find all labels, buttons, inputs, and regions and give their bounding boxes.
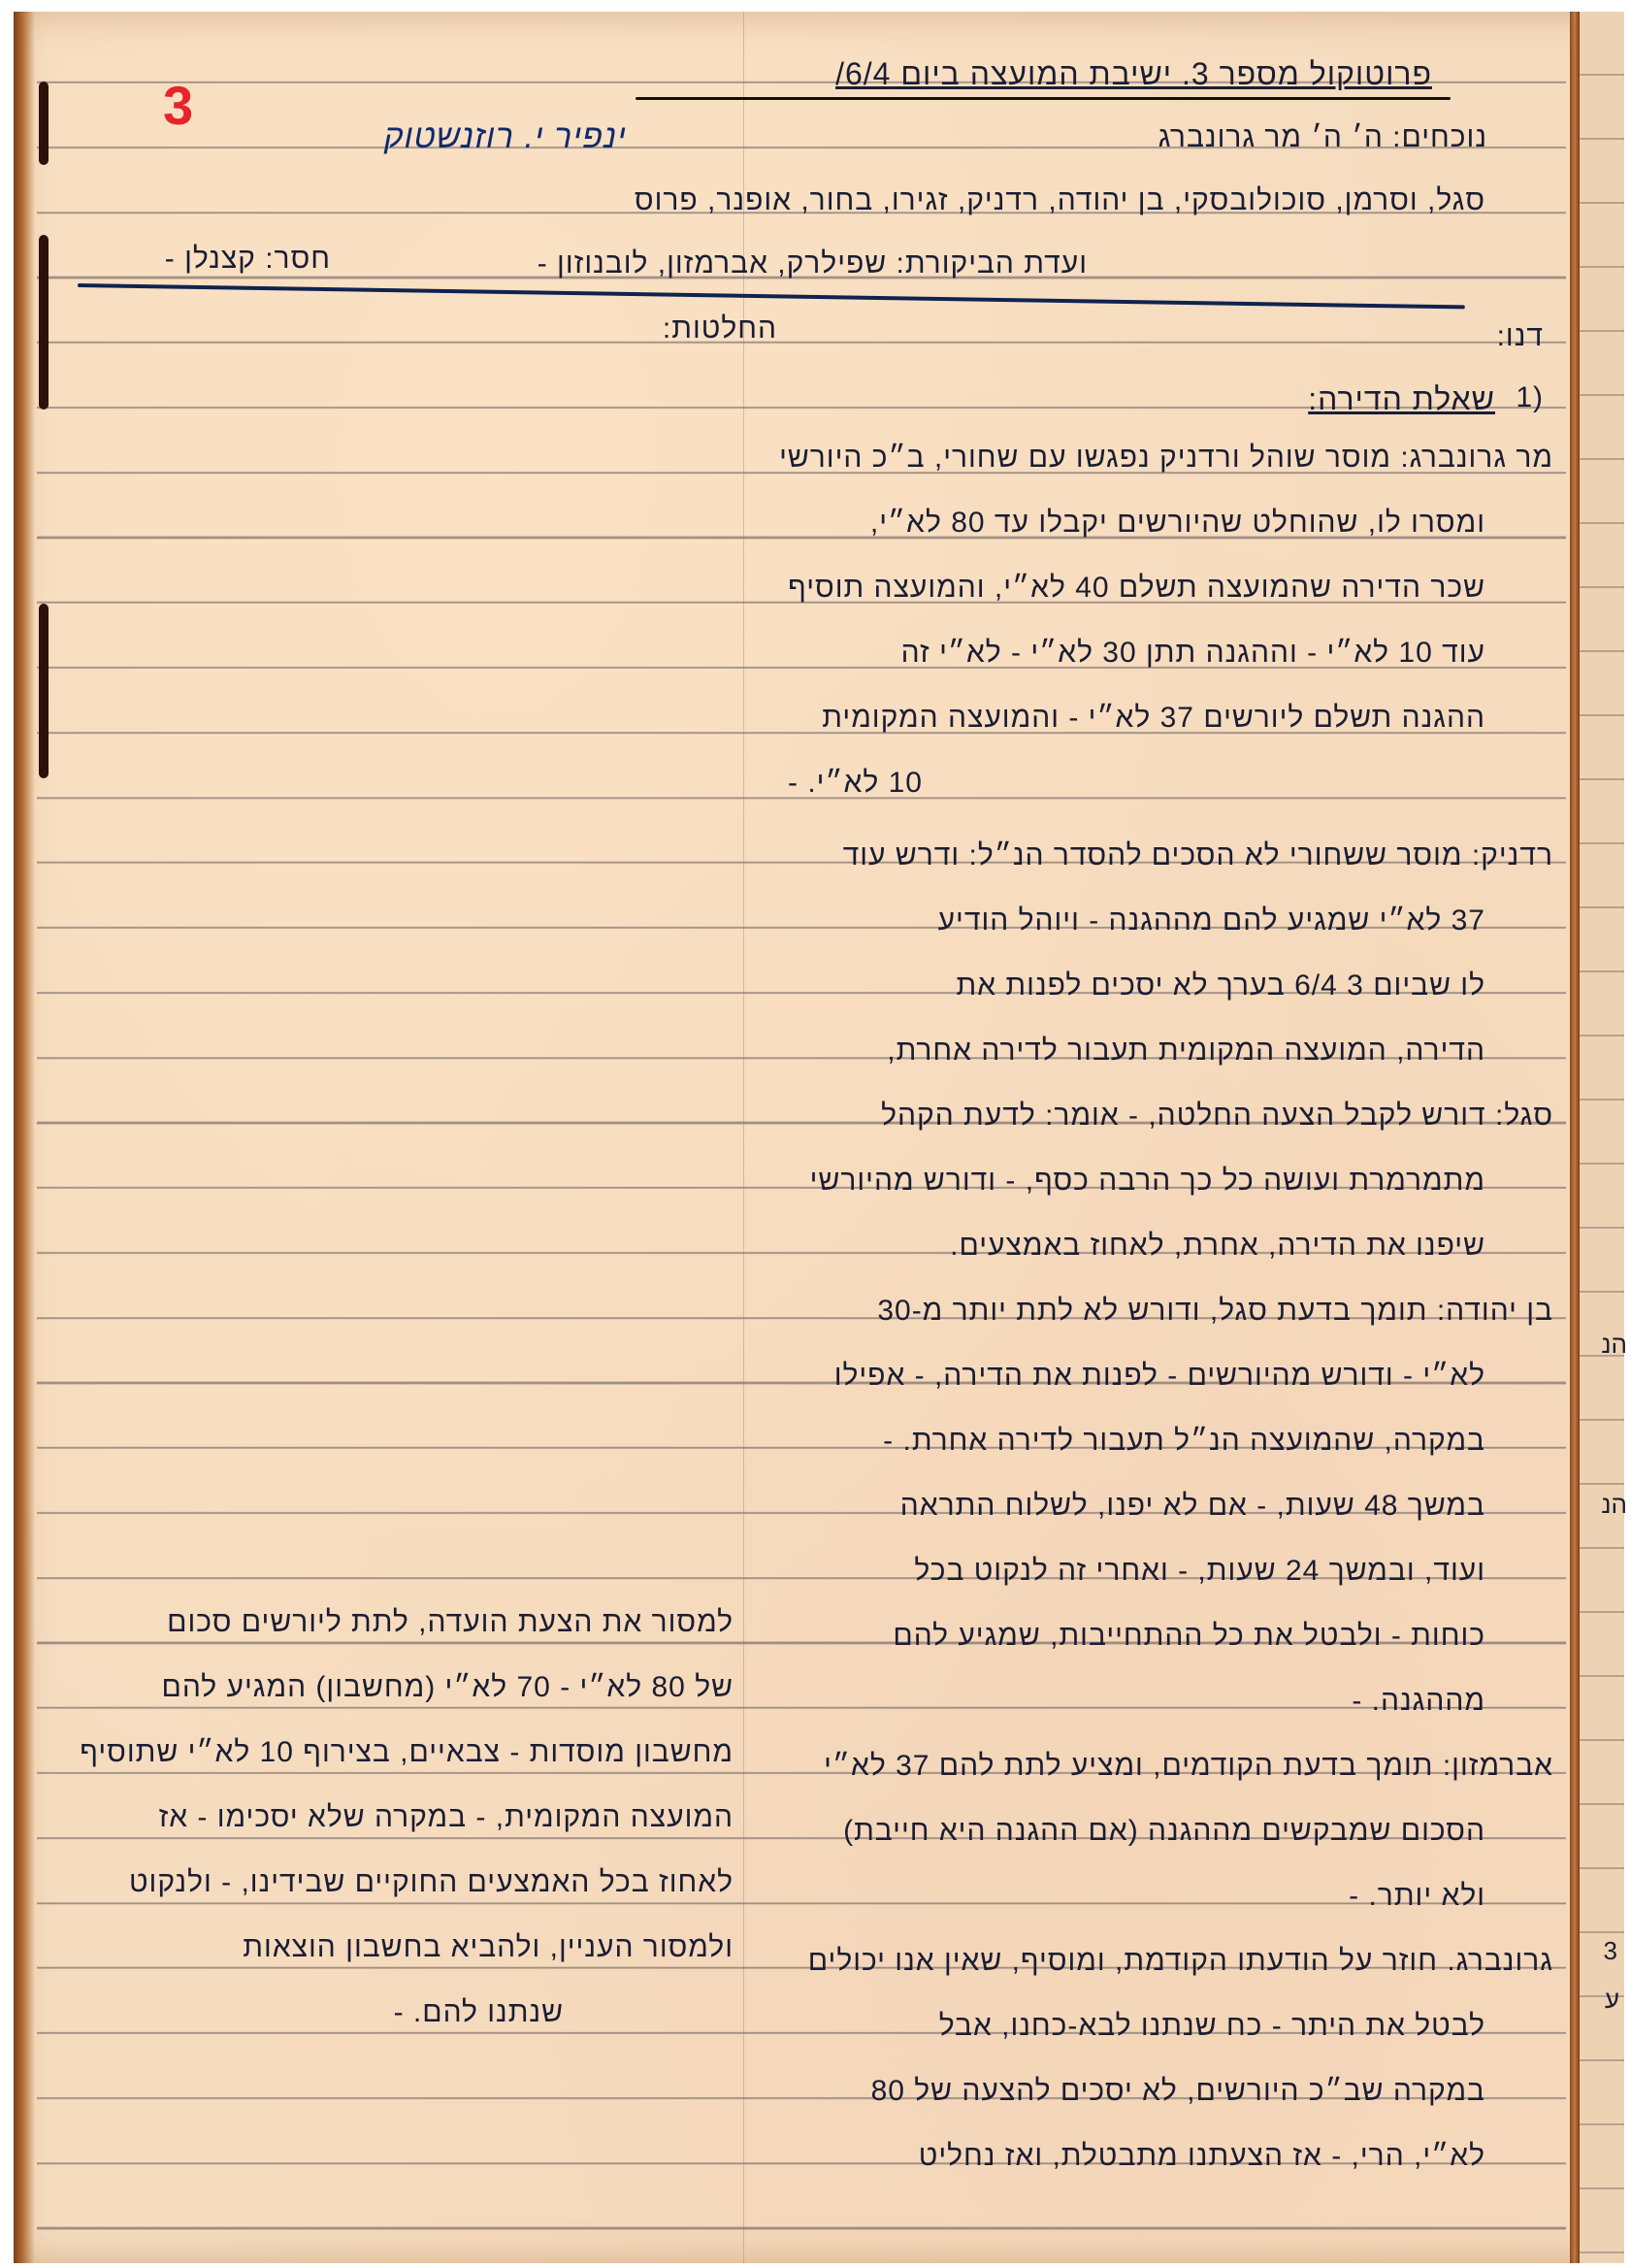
speaker-name: גרונברג. [1447,1945,1553,1977]
decision-line: למסור את הצעת הועדה, לתת ליורשים סכום [167,1606,734,1639]
discussion-line: מההגנה. - [1352,1685,1485,1718]
binding-mark [39,652,49,778]
discussion-line: בן יהודה: תומך בדעת סגל, ודורש לא לתת יו… [877,1295,1553,1328]
speaker-text: תומך בדעת הקודמים, ומציע לתת להם 37 לא״י [824,1750,1433,1782]
speaker-name: בן יהודה: [1437,1295,1553,1327]
discussion-line: שיפנו את הדירה, אחרת, לאחוז באמצעים. [950,1230,1485,1263]
ruled-lines [37,12,1566,2263]
discussion-line: עוד 10 לא״י - וההגנה תתן 30 לא״י - לא״י … [901,637,1485,670]
decision-line: של 80 לא״י - 70 לא״י (מחשבון) המגיע להם [162,1671,734,1704]
speaker-name: מר גרונברג: [1400,442,1553,474]
discussion-line: מר גרונברג: מוסר שוהל ורדניק נפגשו עם שח… [779,442,1553,475]
next-page-strip [1580,12,1624,2263]
decisions-label: החלטות: [663,312,777,345]
speaker-text: מוסר שוהל ורדניק נפגשו עם שחורי, ב״כ היו… [779,442,1391,474]
discussion-line: סגל: דורש לקבל הצעה החלטה, - אומר: לדעת … [881,1100,1553,1133]
topic-heading: שאלת הדירה: [1308,381,1495,417]
discussion-line: ולא יותר. - [1349,1880,1485,1913]
discussion-line: ועוד, ובמשך 24 שעות, - ואחרי זה לנקוט בכ… [914,1555,1485,1588]
notebook-page [14,12,1624,2263]
absent-line: חסר: קצנלן - [165,243,331,276]
discussion-line: רדניק: מוסר ששחורי לא הסכים להסדר הנ״ל: … [843,839,1553,872]
margin-note: הנ [1601,1490,1627,1520]
discussion-line: 10 לא״י. - [788,767,923,800]
discussion-line: ומסרו לו, שהוחלט שהיורשים יקבלו עד 80 לא… [870,507,1485,540]
discussion-line: הדירה, המועצה המקומית תעבור לדירה אחרת, [887,1035,1485,1068]
attendees-line-3: ועדת הביקורת: שפילרק, אברמזון, לובנוזון … [538,247,1088,280]
discussion-line: מתמרמרת ועושה כל כך הרבה כסף, - ודורש מה… [810,1165,1485,1198]
speaker-text: תומך בדעת סגל, ודורש לא לתת יותר מ-30 [877,1295,1427,1327]
decision-line: מחשבון מוסדות - צבאיים, בצירוף 10 לא״י ש… [80,1736,734,1769]
discussion-line: אברמזון: תומך בדעת הקודמים, ומציע לתת לה… [824,1750,1553,1783]
center-margin-line [743,12,744,2263]
right-binding-edge [1570,12,1580,2263]
speaker-name: רדניק: [1472,839,1553,871]
discussion-line: שכר הדירה שהמועצה תשלם 40 לא״י, והמועצה … [788,572,1485,605]
attendees-line-2: סגל, וסרמן, סוכולובסקי, בן יהודה, רדניק,… [635,184,1485,217]
signature: ינפיר י. רוזנשטוק [384,118,627,156]
speaker-name: אברמזון: [1443,1750,1553,1782]
discussion-line: במקרה שב״כ היורשים, לא יסכים להצעה של 80 [871,2075,1485,2108]
margin-note: 3 [1604,1936,1617,1966]
discussion-line: לבטל את היתר - כח שנתנו לבא-כחנו, אבל [939,2010,1485,2043]
speaker-text: מוסר ששחורי לא הסכים להסדר הנ״ל: ודרש עו… [843,839,1463,871]
title-underline [636,97,1451,100]
discussion-line: ההגנה תשלם ליורשים 37 לא״י - והמועצה המק… [822,702,1485,735]
discussion-line: לא״י - ודורש מהיורשים - לפנות את הדירה, … [834,1360,1485,1393]
attendees-line-1: נוכחים: ה׳ ה׳ מר גרונברג [1158,121,1487,154]
speaker-name: סגל: [1495,1100,1553,1132]
binding-mark [39,235,49,410]
discussion-line: במקרה, שהמועצה הנ״ל תעבור לדירה אחרת. - [883,1425,1485,1458]
discussed-label: דנו: [1497,320,1544,353]
decision-line: לאחוז בכל האמצעים החוקיים שבידינו, - ולנ… [129,1866,734,1899]
document-title: פרוטוקול מספר 3. ישיבת המועצה ביום 6/4/ [835,56,1432,92]
discussion-line: כוחות - ולבטל את כל ההתחייבות, שמגיע להם [893,1620,1485,1653]
margin-note: ע [1605,1985,1619,2015]
discussion-line: במשך 48 שעות, - אם לא יפנו, לשלוח התראה [900,1490,1485,1523]
discussion-line: לו שביום 3 6/4 בערך לא יסכים לפנות את [957,970,1485,1003]
topic-number: 1) [1516,381,1544,414]
discussion-line: לא״י, הרי, - אז הצעתנו מתבטלת, ואז נחליט [919,2140,1485,2173]
discussion-line: גרונברג. חוזר על הודעתו הקודמת, ומוסיף, … [808,1945,1553,1978]
speaker-text: דורש לקבל הצעה החלטה, - אומר: לדעת הקהל [881,1100,1486,1132]
decision-line: שנתנו להם. - [394,1996,564,2029]
decision-line: המועצה המקומית, - במקרה שלא יסכימו - אז [159,1801,734,1834]
discussion-line: הסכום שמבקשים מההגנה (אם ההגנה היא חייבת… [843,1815,1485,1848]
left-binding-edge [14,12,35,2263]
page-number: 3 [163,74,193,137]
decision-line: ולמסור העניין, ולהביא בחשבון הוצאות [243,1931,734,1964]
discussion-line: 37 לא״י שמגיע להם מההגנה - ויוהל הודיע [938,904,1485,937]
margin-note: הנ [1601,1330,1627,1360]
speaker-text: חוזר על הודעתו הקודמת, ומוסיף, שאין אנו … [808,1945,1438,1977]
binding-mark [39,82,49,165]
